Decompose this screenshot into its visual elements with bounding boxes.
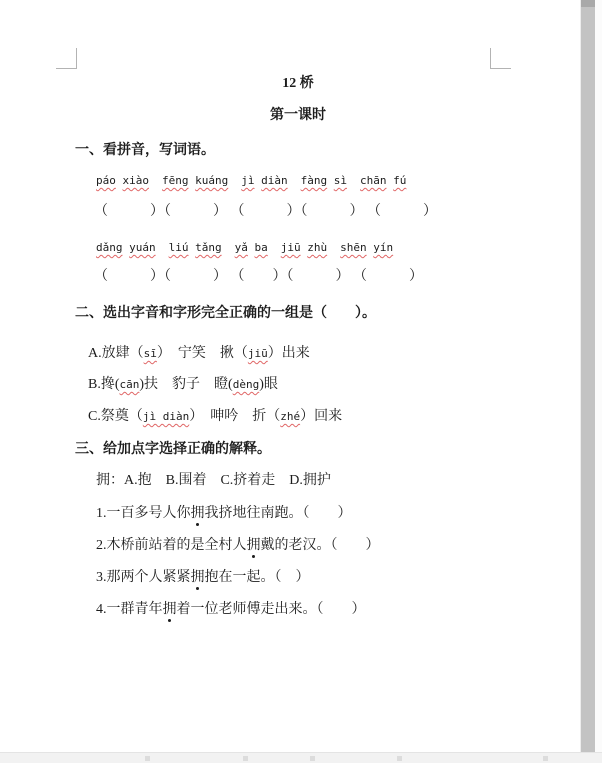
sentence-text: 4.一群青年 [96,602,163,617]
emphasized-character: 拥 [191,505,205,523]
pinyin-row-2: dǎng yuánliú tǎngyǎ bajiū zhùshēn yín [96,238,406,258]
sentence-4: 4.一群青年拥着一位老师傅走出来。（ ） [96,601,366,619]
pinyin-word: dǎng yuán [96,238,156,258]
pinyin-syllable: sì [334,174,347,187]
pinyin-syllable: yín [373,241,393,254]
section1-heading: 一、看拼音，写词语。 [75,142,215,160]
pinyin-syllable: yuán [129,241,156,254]
pinyin-annotation: cān [120,378,140,391]
sentence-text: 戴的老汉。（ ） [261,538,380,553]
scrollbar-tick [145,756,150,761]
pinyin-word: jiū zhù [281,238,327,258]
vertical-scrollbar-track[interactable] [580,0,602,763]
sentence-1: 1.一百多号人你拥我挤地往南跑。（ ） [96,505,352,523]
pinyin-word: jì diàn [241,171,287,191]
emphasized-character: 拥 [247,537,261,555]
horizontal-scrollbar-track[interactable] [0,752,602,763]
pinyin-syllable: páo [96,174,116,187]
option-text: )眼 [259,377,278,392]
pinyin-word: fàng sì [301,171,347,191]
pinyin-word: yǎ ba [235,238,268,258]
sentence-3: 3.那两个人紧紧拥抱在一起。（ ） [96,569,310,587]
option-text: ） 宁笑 揪（ [157,346,248,361]
definition-choices: 拥：A.抱 B.围着 C.挤着走 D.拥护 [96,472,331,490]
pinyin-syllable: diàn [261,174,288,187]
vertical-scrollbar-thumb-cap [581,0,595,7]
pinyin-syllable: yǎ [235,241,248,254]
sentence-text: 2.木桥前站着的是全村人 [96,538,247,553]
scrollbar-tick [543,756,548,761]
scrollbar-tick [243,756,248,761]
pinyin-syllable: tǎng [195,241,222,254]
pinyin-syllable: xiào [123,174,150,187]
lesson-subtitle: 第一课时 [0,107,596,125]
pinyin-syllable: shēn [340,241,367,254]
pinyin-syllable: kuáng [195,174,228,187]
pinyin-word: fēng kuáng [162,171,228,191]
pinyin-syllable: fēng [162,174,189,187]
pinyin-syllable: ba [255,241,268,254]
sentence-text: 着一位老师傅走出来。（ ） [177,602,366,617]
option-text: B.搀( [88,377,120,392]
sentence-text: 1.一百多号人你 [96,506,191,521]
option-text: ）出来 [268,346,310,361]
pinyin-annotation: dèng [233,378,260,391]
answer-blanks-row-1: （ ）（ ） （ ）（ ） （ ） [94,203,437,221]
section2-heading: 二、选出字音和字形完全正确的一组是（ ）。 [75,305,376,323]
crop-mark-top-left-vertical [76,48,77,68]
pinyin-syllable: fàng [301,174,328,187]
pinyin-syllable: zhù [307,241,327,254]
crop-mark-top-right-vertical [490,48,491,69]
option-b: B.搀(cān)扶 豹子 瞪(dèng)眼 [88,376,278,394]
pinyin-syllable: fú [393,174,406,187]
pinyin-word: liú tǎng [169,238,222,258]
pinyin-row-1: páo xiàofēng kuángjì diànfàng sìchān fú [96,171,419,191]
pinyin-word: shēn yín [340,238,393,258]
option-text: ）回来 [300,409,342,424]
pinyin-syllable: dǎng [96,241,123,254]
emphasized-character: 拥 [163,601,177,619]
word-document-view: 12 桥 第一课时 一、看拼音，写词语。 páo xiàofēng kuángj… [0,0,602,763]
pinyin-annotation: zhé [280,410,300,423]
option-text: ） 呻吟 折（ [189,409,280,424]
pinyin-syllable: jiū [281,241,301,254]
pinyin-syllable: jì [241,174,254,187]
option-text: C.祭奠（ [88,409,143,424]
pinyin-word: chān fú [360,171,406,191]
scrollbar-tick [310,756,315,761]
document-page: 12 桥 第一课时 一、看拼音，写词语。 páo xiàofēng kuángj… [0,0,580,752]
option-text: A.放肆（ [88,346,144,361]
pinyin-annotation: jì diàn [143,410,189,423]
option-a: A.放肆（sī） 宁笑 揪（jiū）出来 [88,345,310,363]
lesson-title: 12 桥 [0,75,596,93]
crop-mark-top-left-horizontal [56,68,77,69]
emphasized-character: 拥 [191,569,205,587]
sentence-text: 我挤地往南跑。（ ） [205,506,352,521]
vertical-scrollbar-thumb[interactable] [581,0,595,754]
option-text: )扶 豹子 瞪( [139,377,232,392]
section3-heading: 三、给加点字选择正确的解释。 [75,441,271,459]
pinyin-syllable: chān [360,174,387,187]
pinyin-annotation: jiū [248,347,268,360]
crop-mark-top-right-horizontal [490,68,511,69]
scrollbar-tick [397,756,402,761]
pinyin-syllable: liú [169,241,189,254]
sentence-2: 2.木桥前站着的是全村人拥戴的老汉。（ ） [96,537,380,555]
pinyin-word: páo xiào [96,171,149,191]
option-c: C.祭奠（jì diàn） 呻吟 折（zhé）回来 [88,408,342,426]
sentence-text: 3.那两个人紧紧 [96,570,191,585]
answer-blanks-row-2: （ ）（ ） （ ）（ ） （ ） [94,268,423,286]
sentence-text: 抱在一起。（ ） [205,570,310,585]
pinyin-annotation: sī [144,347,157,360]
